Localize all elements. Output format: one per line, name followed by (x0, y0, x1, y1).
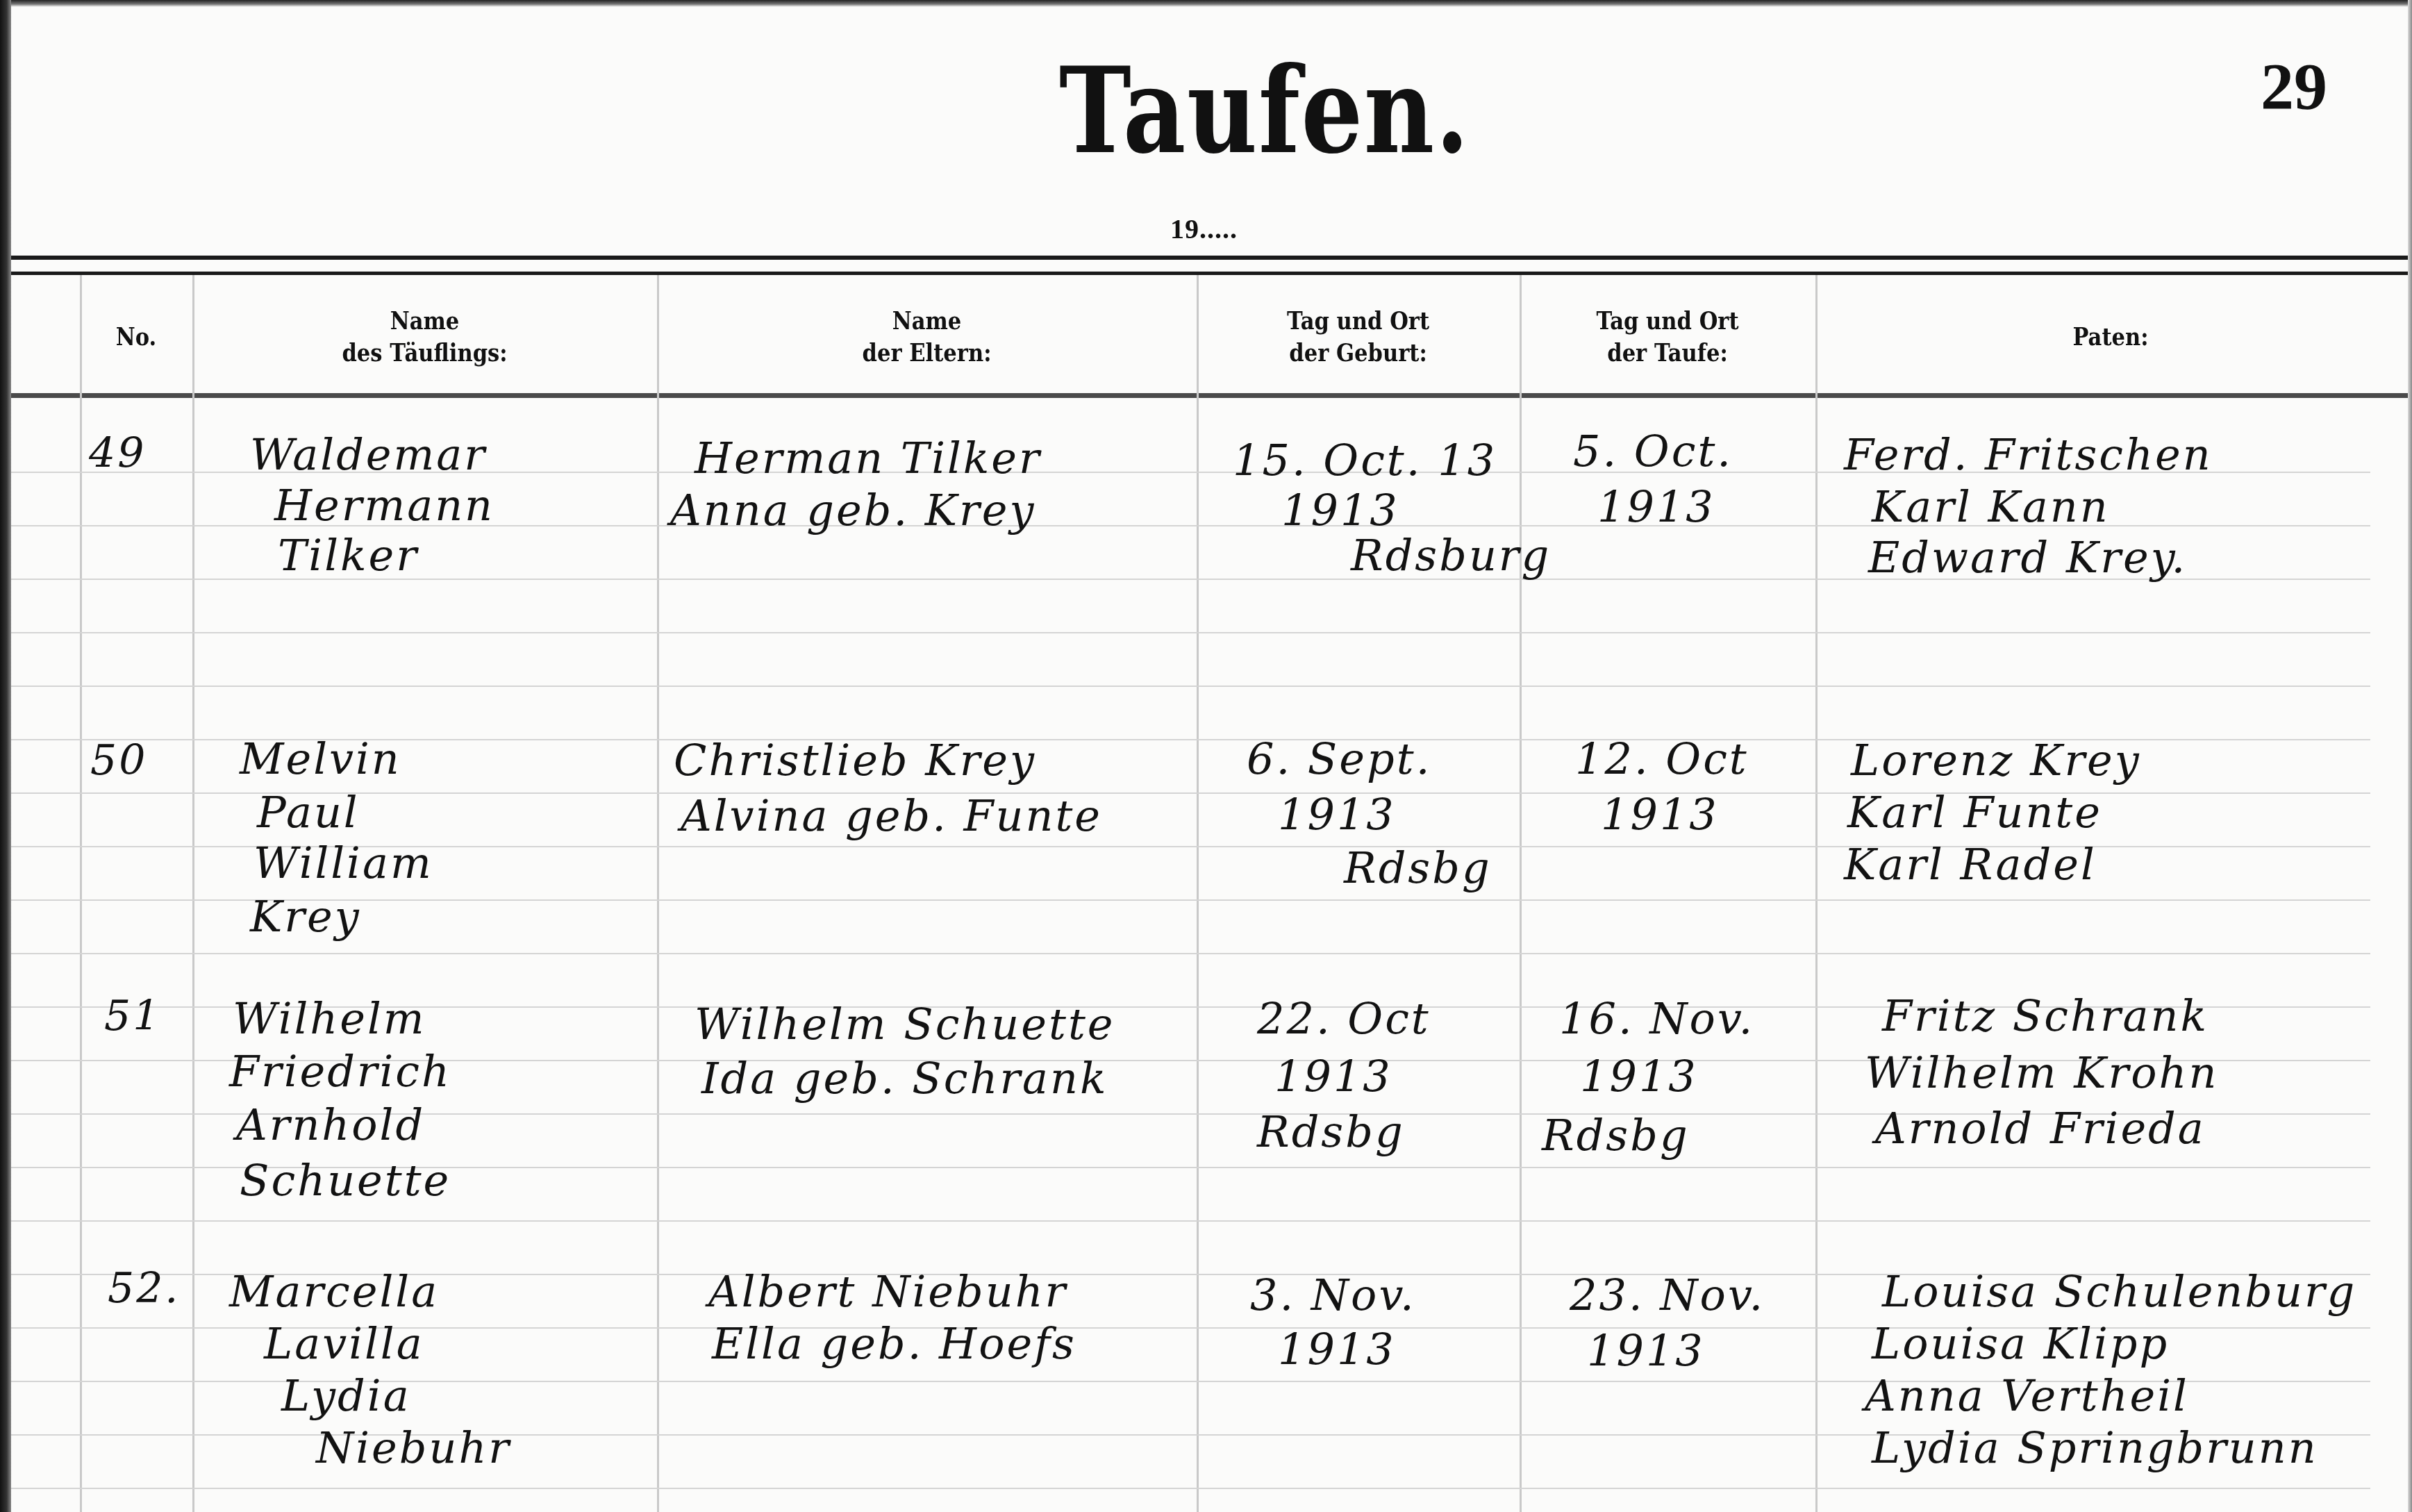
column-header-parents: Name der Eltern: (697, 292, 1156, 382)
birth-place: Rdsburg (1351, 531, 1551, 580)
entry-number: 51 (104, 992, 161, 1040)
baptism-year: 1913 (1580, 1052, 1698, 1101)
ruled-line (11, 953, 2370, 954)
entry-number: 52. (108, 1264, 180, 1313)
child-name-line: Paul (257, 788, 360, 837)
birth-date: 6. Sept. (1247, 735, 1431, 783)
child-name-line: Tilker (278, 531, 419, 580)
column-divider (657, 275, 659, 1512)
baptism-year: 1913 (1601, 790, 1719, 839)
parent-name-line: Wilhelm Schuette (695, 1000, 1115, 1049)
column-header-label: der Eltern: (863, 337, 992, 369)
child-name-line: Krey (250, 892, 361, 941)
column-header-label: No. (116, 321, 157, 353)
column-header-label: Name (892, 305, 962, 337)
parent-name-line: Ella geb. Hoefs (712, 1320, 1076, 1368)
birth-year: 1913 (1281, 486, 1399, 535)
column-divider (1197, 275, 1199, 1512)
header-double-rule-bottom (11, 272, 2408, 275)
parent-name-line: Anna geb. Krey (670, 486, 1036, 535)
child-name-line: Lydia (281, 1372, 411, 1420)
header-double-rule-top (11, 256, 2408, 260)
birth-year: 1913 (1278, 790, 1396, 839)
baptism-year: 1913 (1587, 1327, 1705, 1375)
page-right-edge (2408, 0, 2412, 1512)
page-title: Taufen. (1059, 42, 1406, 181)
child-name-line: Wilhelm (233, 995, 426, 1043)
birth-year: 1913 (1278, 1325, 1396, 1374)
child-name-line: Arnhold (236, 1101, 425, 1149)
child-name-line: Schuette (240, 1156, 451, 1205)
child-name-line: Melvin (240, 735, 401, 783)
sponsor-name: Karl Radel (1844, 840, 2097, 889)
column-header-sponsors: Paten: (1860, 292, 2362, 382)
sponsor-name: Arnold Frieda (1875, 1104, 2206, 1153)
column-header-baptism: Tag und Ort der Taufe: (1542, 292, 1793, 382)
parent-name-line: Ida geb. Schrank (701, 1054, 1108, 1103)
sponsor-name: Anna Vertheil (1865, 1372, 2189, 1420)
sponsor-name: Louisa Schulenburg (1882, 1268, 2356, 1316)
sponsor-name: Karl Funte (1847, 788, 2102, 837)
parent-name-line: Alvina geb. Funte (681, 792, 1102, 840)
column-header-label: Tag und Ort (1596, 305, 1738, 337)
child-name-line: Hermann (274, 481, 494, 530)
page-number: 29 (2261, 49, 2327, 125)
child-name-line: Niebuhr (316, 1424, 511, 1472)
sponsor-name: Karl Kann (1872, 483, 2110, 531)
baptism-date: 5. Oct. (1573, 427, 1733, 476)
sponsor-name: Lydia Springbrunn (1872, 1424, 2318, 1472)
column-header-child-name: Name des Täuflings: (227, 292, 622, 382)
ruled-line (11, 632, 2370, 633)
entry-number: 50 (90, 736, 147, 785)
column-header-label: Tag und Ort (1287, 305, 1429, 337)
ledger-page: Taufen. 29 19..... No. Name des Täufling… (0, 0, 2412, 1512)
birth-place: Rdsbg (1344, 844, 1492, 892)
parent-name-line: Herman Tilker (695, 434, 1042, 483)
child-name-line: Waldemar (250, 431, 487, 479)
child-name-line: Lavilla (264, 1320, 424, 1368)
baptism-date: 16. Nov. (1559, 995, 1754, 1043)
year-prefix: 19..... (1170, 212, 1238, 247)
baptism-place: Rdsbg (1542, 1111, 1690, 1160)
column-divider (80, 275, 82, 1512)
sponsor-name: Louisa Klipp (1872, 1320, 2169, 1368)
column-header-label: der Taufe: (1607, 337, 1727, 369)
ruled-line (11, 1220, 2370, 1222)
birth-year: 1913 (1274, 1052, 1392, 1101)
child-name-line: Friedrich (229, 1047, 451, 1096)
column-divider (192, 275, 194, 1512)
child-name-line: Marcella (229, 1268, 439, 1316)
column-header-bottom-rule (11, 393, 2408, 398)
ruled-line (11, 686, 2370, 687)
ruled-line (11, 1488, 2370, 1489)
column-header-label: der Geburt: (1289, 337, 1427, 369)
baptism-date: 12. Oct (1575, 735, 1749, 783)
sponsor-name: Fritz Schrank (1882, 992, 2209, 1040)
ruled-line (11, 899, 2370, 901)
parent-name-line: Christlieb Krey (674, 736, 1036, 785)
sponsor-name: Ferd. Fritschen (1844, 431, 2213, 479)
sponsor-name: Lorenz Krey (1851, 736, 2141, 785)
page-top-edge (0, 0, 2412, 7)
column-header-birth: Tag und Ort der Geburt: (1221, 292, 1495, 382)
birth-date: 15. Oct. 13 (1233, 436, 1497, 485)
column-header-label: Paten: (2072, 321, 2148, 353)
column-header-label: des Täuflings: (342, 337, 507, 369)
birth-date: 3. Nov. (1250, 1271, 1416, 1320)
baptism-date: 23. Nov. (1570, 1271, 1765, 1320)
column-header-no: No. (88, 292, 184, 382)
column-divider (1815, 275, 1818, 1512)
baptism-year: 1913 (1597, 483, 1715, 531)
column-header-label: Name (390, 305, 460, 337)
parent-name-line: Albert Niebuhr (708, 1268, 1067, 1316)
sponsor-name: Wilhelm Krohn (1865, 1049, 2218, 1097)
column-divider (1520, 275, 1522, 1512)
entry-number: 49 (89, 429, 146, 478)
page-binding-edge (0, 0, 11, 1512)
sponsor-name: Edward Krey. (1868, 533, 2187, 582)
child-name-line: William (253, 839, 433, 888)
birth-place: Rdsbg (1257, 1108, 1405, 1156)
birth-date: 22. Oct (1257, 995, 1431, 1043)
